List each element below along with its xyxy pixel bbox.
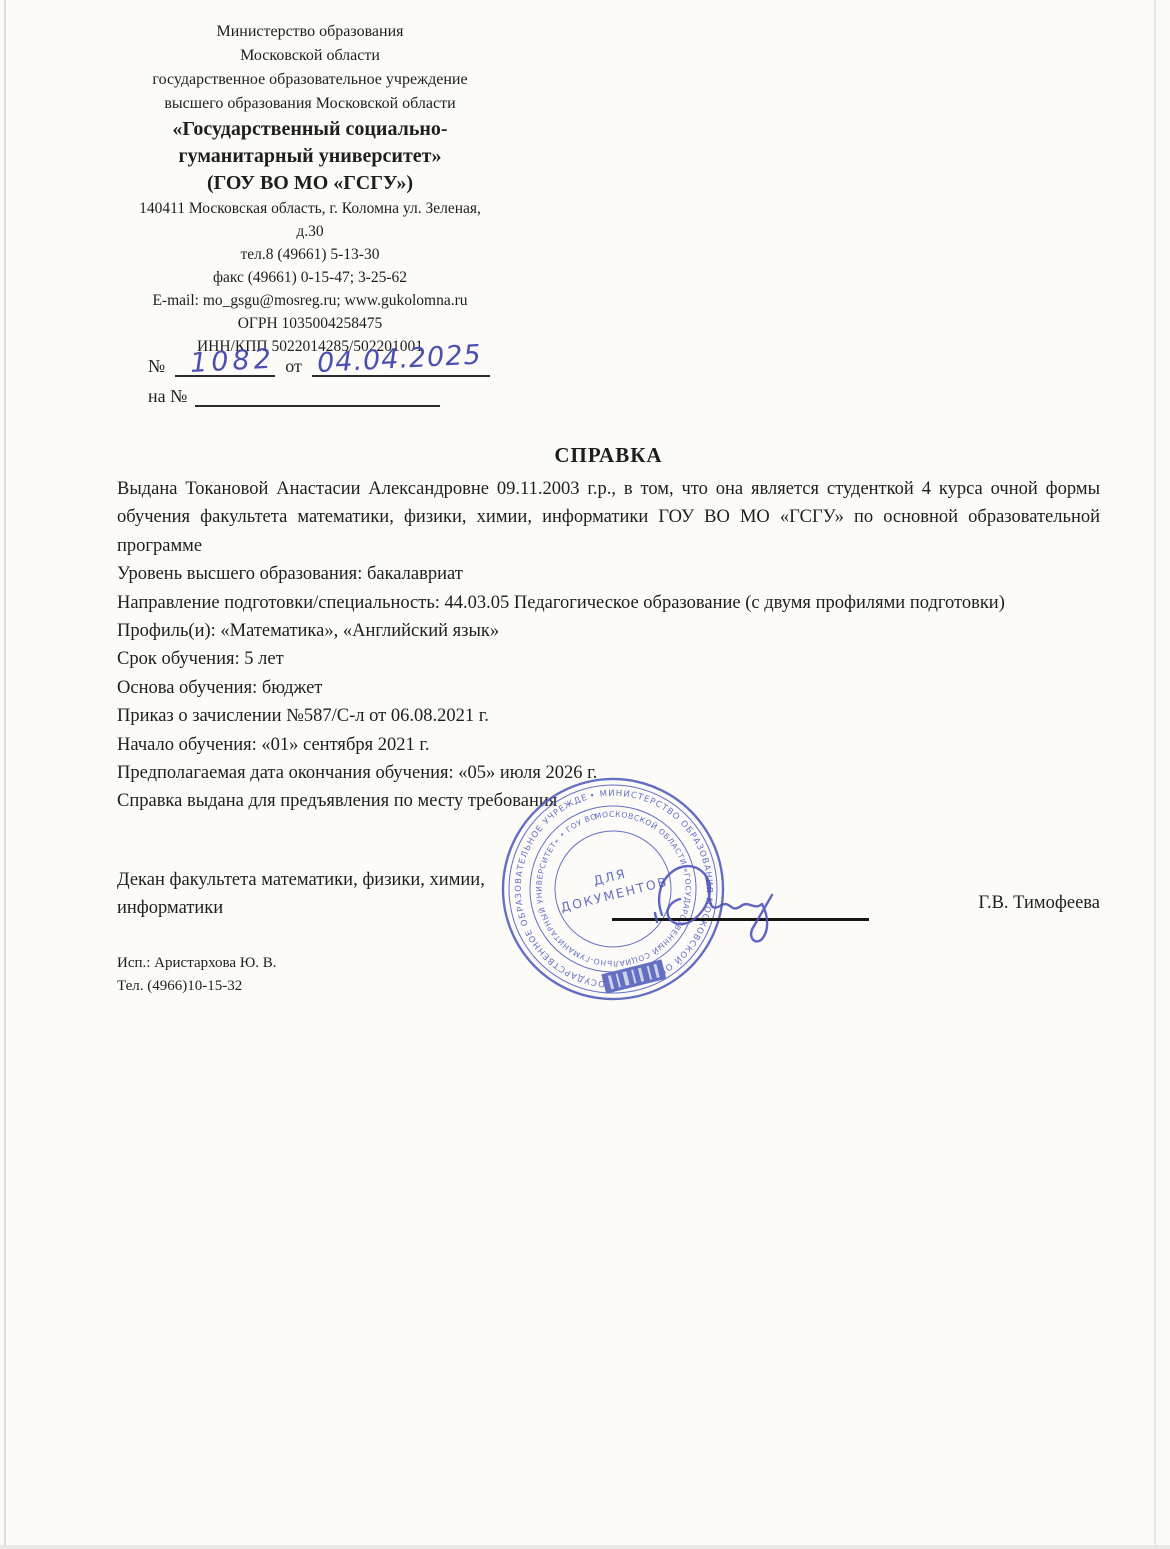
dean-position-line1: Декан факультета математики, физики, хим… [117, 866, 587, 894]
line-specialty: Направление подготовки/специальность: 44… [117, 589, 1100, 617]
document-page: Министерство образования Московской обла… [0, 0, 1170, 1549]
university-name: «Государственный социально- [70, 116, 550, 143]
org-line: Московской области [70, 44, 550, 68]
doc-date-field: 04.04.2025 [312, 351, 490, 377]
ref-number-field [195, 381, 440, 407]
address-line: 140411 Московская область, г. Коломна ул… [70, 197, 550, 220]
dean-name: Г.В. Тимофеева [978, 893, 1100, 914]
executor-block: Исп.: Аристархова Ю. В. Тел. (4966)10-15… [117, 952, 277, 998]
scan-edge-left [4, 0, 6, 1549]
line-funding-basis: Основа обучения: бюджет [117, 674, 1100, 702]
dean-position-line2: информатики [117, 894, 587, 922]
phone-line: тел.8 (49661) 5-13-30 [70, 243, 550, 266]
doc-number-row: № 1082 от 04.04.2025 [148, 351, 490, 377]
dean-position: Декан факультета математики, физики, хим… [117, 866, 587, 922]
handwritten-doc-number: 1082 [190, 344, 276, 379]
ref-number-label: на № [148, 386, 187, 407]
certificate-title: СПРАВКА [117, 441, 1100, 469]
university-name: гуманитарный университет» [70, 143, 550, 170]
line-enrollment-order: Приказ о зачислении №587/С-л от 06.08.20… [117, 702, 1100, 730]
ref-number-row: на № [148, 381, 440, 407]
certificate-main-paragraph: Выдана Токановой Анастасии Александровне… [117, 475, 1100, 560]
line-duration: Срок обучения: 5 лет [117, 645, 1100, 673]
email-line: E-mail: mo_gsgu@mosreg.ru; www.gukolomna… [70, 289, 550, 312]
org-line: государственное образовательное учрежден… [70, 68, 550, 92]
address-line: д.30 [70, 220, 550, 243]
signature-rule [612, 918, 869, 921]
line-profiles: Профиль(и): «Математика», «Английский яз… [117, 617, 1100, 645]
ogrn-line: ОГРН 1035004258475 [70, 312, 550, 335]
doc-date-label: от [285, 356, 302, 377]
executor-name: Исп.: Аристархова Ю. В. [117, 952, 277, 975]
line-start-date: Начало обучения: «01» сентября 2021 г. [117, 731, 1100, 759]
executor-phone: Тел. (4966)10-15-32 [117, 975, 277, 998]
org-line: Министерство образования [70, 20, 550, 44]
doc-number-field: 1082 [175, 351, 275, 377]
doc-number-label: № [148, 356, 165, 377]
certificate-body: СПРАВКА Выдана Токановой Анастасии Алекс… [117, 441, 1100, 816]
university-abbr: (ГОУ ВО МО «ГСГУ») [70, 170, 550, 197]
scan-edge-bottom [0, 1545, 1170, 1549]
org-line: высшего образования Московской области [70, 92, 550, 116]
scan-edge-right [1154, 0, 1156, 1549]
line-education-level: Уровень высшего образования: бакалавриат [117, 560, 1100, 588]
letterhead: Министерство образования Московской обла… [70, 20, 550, 358]
fax-line: факс (49661) 0-15-47; 3-25-62 [70, 266, 550, 289]
